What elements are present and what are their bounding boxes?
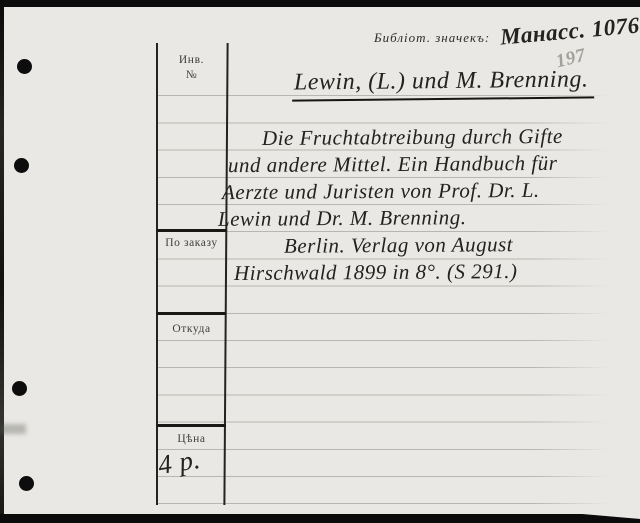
scan-crease-shadow <box>0 424 26 434</box>
price-value-handwritten: 4 р. <box>156 444 203 481</box>
entry-line: Lewin und Dr. M. Brenning. <box>218 205 467 232</box>
entry-line: Hirschwald 1899 in 8°. (S 291.) <box>234 259 518 286</box>
shelf-mark-handwritten: Манасс. 10763 <box>499 11 640 50</box>
price-label: Цѣна <box>157 433 226 445</box>
inventory-number-label-line1: Инв. <box>157 54 226 66</box>
scan-edge-left <box>0 0 4 523</box>
origin-label: Откуда <box>157 323 226 335</box>
punch-hole-1 <box>17 59 32 74</box>
punch-hole-2 <box>14 158 29 173</box>
catalog-card-scan: Инв. № По заказу Откуда Цѣна Библіот. зн… <box>0 0 640 523</box>
section-divider-origin <box>157 312 226 315</box>
scan-edge-top <box>0 0 640 7</box>
author-heading: Lewin, (L.) und M. Brenning. <box>292 66 595 101</box>
library-mark-stamp-label: Библіот. значекъ: <box>374 30 490 46</box>
entry-line: und andere Mittel. Ein Handbuch für <box>228 151 558 178</box>
section-divider-price <box>157 424 226 427</box>
by-order-label: По заказу <box>157 237 226 249</box>
entry-line: Aerzte und Juristen von Prof. Dr. L. <box>222 178 540 205</box>
inventory-number-label-line2: № <box>157 69 226 81</box>
entry-line: Die Fruchtabtreibung durch Gifte <box>262 124 563 151</box>
section-divider-order <box>157 229 226 232</box>
punch-hole-4 <box>19 476 34 491</box>
scan-edge-bottom <box>0 514 640 523</box>
punch-hole-3 <box>12 381 27 396</box>
entry-line: Berlin. Verlag von August <box>284 232 513 259</box>
